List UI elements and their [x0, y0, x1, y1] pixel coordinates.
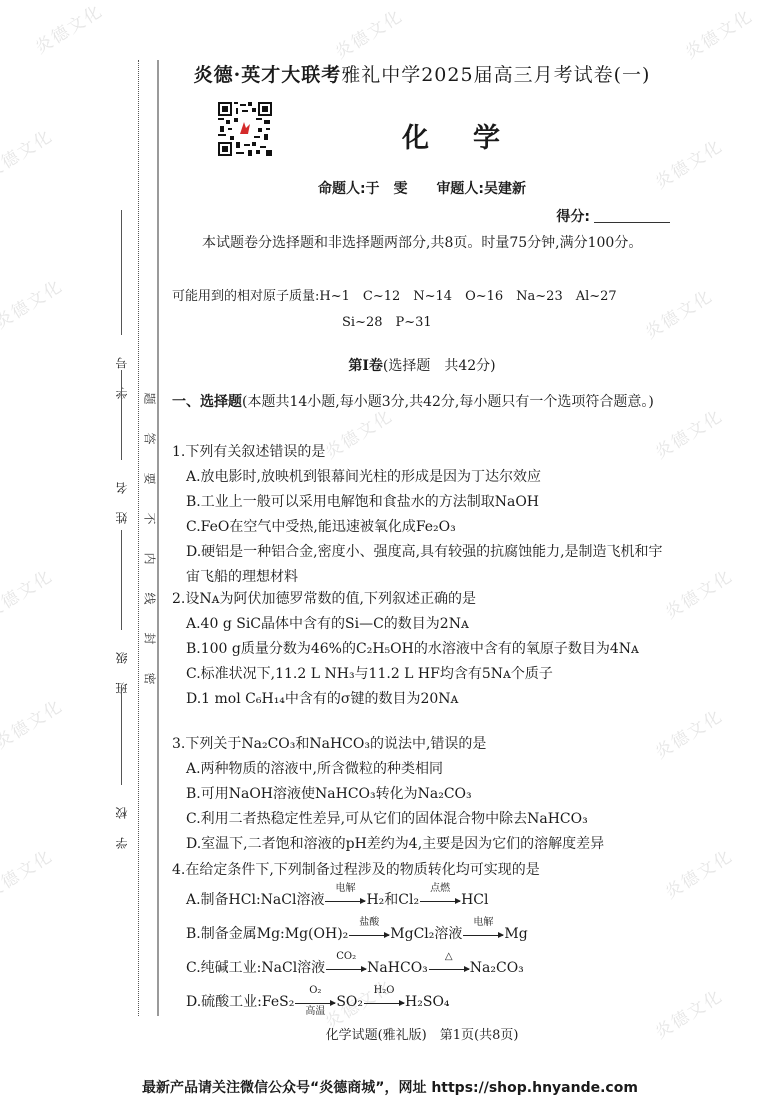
option-prefix: B.制备金属Mg:Mg(OH)₂ — [186, 926, 348, 942]
watermark: 炎德文化 — [0, 842, 57, 903]
reaction-product: Mg — [504, 926, 527, 942]
reaction-product: NaHCO₃ — [367, 960, 428, 976]
option-b[interactable]: B.制备金属Mg:Mg(OH)₂盐酸MgCl₂溶液电解Mg — [172, 917, 672, 951]
student-name-label: 姓名 — [113, 460, 130, 528]
question-reviewer: 审题人:吴建新 — [436, 181, 526, 197]
question-1: 1.下列有关叙述错误的是 A.放电影时,放映机到银幕间光柱的形成是因为丁达尔效应… — [172, 440, 672, 590]
exam-title: 炎德·英才大联考雅礼中学2025届高三月考试卷(一) — [172, 60, 672, 87]
watermark: 炎德文化 — [29, 0, 107, 58]
reaction-condition-below: 高温 — [295, 1007, 335, 1017]
reaction-arrow-icon: 点燃 — [420, 893, 460, 907]
question-stem: 1.下列有关叙述错误的是 — [172, 440, 672, 465]
option-a[interactable]: A.两种物质的溶液中,所含微粒的种类相同 — [172, 757, 672, 782]
watermark: 炎德文化 — [0, 692, 67, 753]
section-title-bold: 第Ⅰ卷 — [348, 358, 383, 374]
reaction-arrow-icon: CO₂ — [326, 961, 366, 975]
question-type-heading: 一、选择题(本题共14小题,每小题3分,共42分,每小题只有一个选项符合题意。) — [172, 390, 672, 415]
student-name-field[interactable]: 姓名 — [113, 370, 130, 528]
question-2: 2.设Nᴀ为阿伏加德罗常数的值,下列叙述正确的是 A.40 g SiC晶体中含有… — [172, 587, 672, 712]
option-c[interactable]: C.标准状况下,11.2 L NH₃与11.2 L HF均含有5Nᴀ个质子 — [172, 662, 672, 687]
exam-title-text: 雅礼中学2025届高三月考试卷(一) — [341, 64, 650, 86]
option-b[interactable]: B.工业上一般可以采用电解饱和食盐水的方法制取NaOH — [172, 490, 672, 515]
reaction-arrow-icon: 盐酸 — [349, 927, 389, 941]
option-prefix: C.纯碱工业:NaCl溶液 — [186, 960, 325, 976]
question-4: 4.在给定条件下,下列制备过程涉及的物质转化均可实现的是 A.制备HCl:NaC… — [172, 858, 672, 1019]
question-type-rest: (本题共14小题,每小题3分,共42分,每小题只有一个选项符合题意。) — [242, 394, 654, 410]
atomic-masses-line-2: Si~28 P~31 — [342, 310, 432, 335]
reaction-arrow-icon: 电解 — [325, 893, 365, 907]
option-a[interactable]: A.40 g SiC晶体中含有的Si—C的数目为2Nᴀ — [172, 612, 672, 637]
qr-code-icon[interactable] — [218, 102, 272, 156]
reaction-condition: 盐酸 — [349, 918, 389, 928]
reaction-arrow-icon: △ — [429, 961, 469, 975]
school-field[interactable]: 学校 — [113, 685, 130, 853]
option-b[interactable]: B.100 g质量分数为46%的C₂H₅OH的水溶液中含有的氧原子数目为4Nᴀ — [172, 637, 672, 662]
atomic-masses-line-1: 可能用到的相对原子质量:H~1 C~12 N~14 O~16 Na~23 Al~… — [172, 284, 672, 309]
option-d[interactable]: D.硫酸工业:FeS₂O₂高温SO₂H₂OH₂SO₄ — [172, 985, 672, 1019]
seal-char: 题 — [130, 393, 170, 407]
reaction-condition: O₂ — [295, 986, 335, 996]
option-d[interactable]: D.1 mol C₆H₁₄中含有的σ键的数目为20Nᴀ — [172, 687, 672, 712]
reaction-condition: 电解 — [325, 884, 365, 894]
seal-char: 密 — [130, 673, 170, 687]
binding-dotted-line — [138, 60, 139, 1016]
score-label: 得分: — [556, 209, 590, 225]
option-d[interactable]: D.室温下,二者饱和溶液的pH差约为4,主要是因为它们的溶解度差异 — [172, 832, 672, 857]
class-field[interactable]: 班级 — [113, 530, 130, 698]
promo-banner: 最新产品请关注微信公众号“炎德商城”，网址 https://shop.hnyan… — [0, 1077, 780, 1097]
seal-char: 封 — [130, 633, 170, 647]
option-prefix: D.硫酸工业:FeS₂ — [186, 994, 294, 1010]
school-label: 学校 — [113, 785, 130, 853]
reaction-arrow-icon: O₂高温 — [295, 995, 335, 1009]
watermark: 炎德文化 — [329, 2, 407, 63]
question-type-bold: 一、选择题 — [172, 394, 242, 410]
question-stem: 3.下列关于Na₂CO₃和NaHCO₃的说法中,错误的是 — [172, 732, 672, 757]
option-b[interactable]: B.可用NaOH溶液使NaHCO₃转化为Na₂CO₃ — [172, 782, 672, 807]
reaction-condition: △ — [429, 952, 469, 962]
page-footer: 化学试题(雅礼版) 第1页(共8页) — [172, 1024, 672, 1043]
reaction-product: MgCl₂溶液 — [390, 926, 462, 942]
exam-brand: 炎德·英才大联考 — [194, 64, 342, 86]
seal-char: 答 — [130, 433, 170, 447]
authors-line: 命题人:于 雯 审题人:吴建新 — [172, 178, 672, 198]
reaction-arrow-icon: H₂O — [364, 995, 404, 1009]
section-title-rest: (选择题 共42分) — [383, 358, 496, 374]
reaction-condition: CO₂ — [326, 952, 366, 962]
option-a[interactable]: A.放电影时,放映机到银幕间光柱的形成是因为丁达尔效应 — [172, 465, 672, 490]
watermark: 炎德文化 — [0, 122, 57, 183]
watermark: 炎德文化 — [679, 2, 757, 63]
page-border-line — [157, 60, 159, 1016]
seal-char: 不 — [130, 513, 170, 527]
question-stem: 4.在给定条件下,下列制备过程涉及的物质转化均可实现的是 — [172, 858, 672, 883]
option-c[interactable]: C.纯碱工业:NaCl溶液CO₂NaHCO₃△Na₂CO₃ — [172, 951, 672, 985]
option-c[interactable]: C.FeO在空气中受热,能迅速被氧化成Fe₂O₃ — [172, 515, 672, 540]
reaction-condition: H₂O — [364, 986, 404, 996]
watermark: 炎德文化 — [0, 272, 67, 333]
reaction-arrow-icon: 电解 — [463, 927, 503, 941]
section-heading: 第Ⅰ卷(选择题 共42分) — [172, 355, 672, 375]
seal-char: 线 — [130, 593, 170, 607]
watermark: 炎德文化 — [0, 562, 57, 623]
reaction-product: Na₂CO₃ — [470, 960, 524, 976]
reaction-product: H₂SO₄ — [405, 994, 450, 1010]
reaction-condition: 点燃 — [420, 884, 460, 894]
question-setter: 命题人:于 雯 — [318, 181, 408, 197]
option-a[interactable]: A.制备HCl:NaCl溶液电解H₂和Cl₂点燃HCl — [172, 883, 672, 917]
option-prefix: A.制备HCl:NaCl溶液 — [186, 892, 324, 908]
reaction-product: H₂和Cl₂ — [366, 892, 419, 908]
seal-char: 内 — [130, 553, 170, 567]
subject-title: 化学 — [402, 116, 544, 155]
seal-char: 要 — [130, 473, 170, 487]
exam-instructions: 本试题卷分选择题和非选择题两部分,共8页。时量75分钟,满分100分。 — [172, 231, 672, 256]
option-c[interactable]: C.利用二者热稳定性差异,可从它们的固体混合物中除去NaHCO₃ — [172, 807, 672, 832]
question-stem: 2.设Nᴀ为阿伏加德罗常数的值,下列叙述正确的是 — [172, 587, 672, 612]
score-field[interactable]: 得分: — [556, 206, 670, 226]
question-3: 3.下列关于Na₂CO₃和NaHCO₃的说法中,错误的是 A.两种物质的溶液中,… — [172, 732, 672, 857]
reaction-product: HCl — [461, 892, 488, 908]
score-blank[interactable] — [594, 222, 670, 223]
reaction-product: SO₂ — [336, 994, 363, 1010]
reaction-condition: 电解 — [463, 918, 503, 928]
seal-line-notice: 题 答 要 不 内 线 封 密 — [143, 380, 157, 700]
option-d[interactable]: D.硬铝是一种铝合金,密度小、强度高,具有较强的抗腐蚀能力,是制造飞机和宇宙飞船… — [172, 540, 672, 590]
